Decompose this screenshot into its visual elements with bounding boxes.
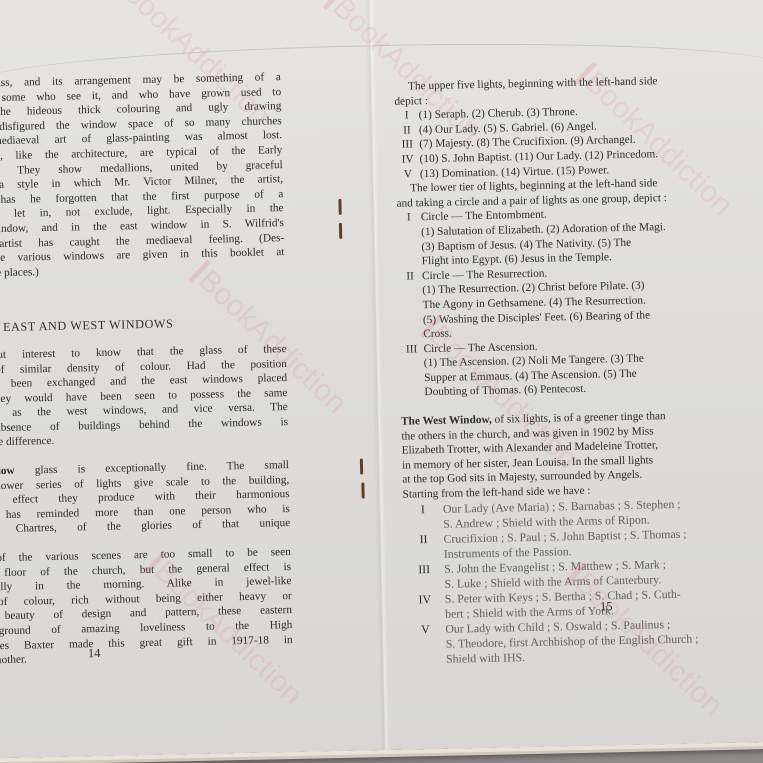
list-item: II Circle — The Resurrection. (1) The Re… xyxy=(398,262,763,343)
right-page: The upper five lights, beginning with th… xyxy=(394,72,763,667)
bold-lead: Window xyxy=(0,465,15,478)
list-item: I Circle — The Entombment. (1) Salutatio… xyxy=(397,203,763,269)
page-number-right: 15 xyxy=(600,599,613,614)
east-window-paragraph: Window glass is exceptionally fine. The … xyxy=(0,458,290,538)
list-item: III Circle — The Ascension. (1) The Asce… xyxy=(399,335,763,401)
west-lights-list: I Our Lady (Ave Maria) ; S. Barnabas ; S… xyxy=(403,495,763,668)
section-heading: EAST AND WEST WINDOWS xyxy=(3,314,286,335)
intro-paragraph: of glass, and its arrangement may be som… xyxy=(0,70,285,281)
staple-top-lower xyxy=(339,223,342,239)
lower-lights-list: I Circle — The Entombment. (1) Salutatio… xyxy=(397,203,763,400)
staple-bottom-lower xyxy=(361,482,364,498)
staple-bottom-upper xyxy=(360,458,363,474)
list-item: V Our Lady with Child ; S. Oswald ; S. P… xyxy=(405,615,763,668)
density-paragraph: without interest to know that the glass … xyxy=(0,342,289,451)
left-page: of glass, and its arrangement may be som… xyxy=(0,70,293,668)
bold-lead: The West Window, xyxy=(401,414,492,428)
scenes-paragraph: ls of the various scenes are too small t… xyxy=(0,545,293,668)
open-booklet-spread: of glass, and its arrangement may be som… xyxy=(0,0,763,758)
center-gutter xyxy=(364,0,390,750)
upper-lights-list: I(1) Seraph. (2) Cherub. (3) Throne. II(… xyxy=(395,101,761,182)
page-number-left: 14 xyxy=(88,646,101,661)
west-window-paragraph: The West Window, of six lights, is of a … xyxy=(401,407,763,502)
staple-top-upper xyxy=(338,199,341,215)
